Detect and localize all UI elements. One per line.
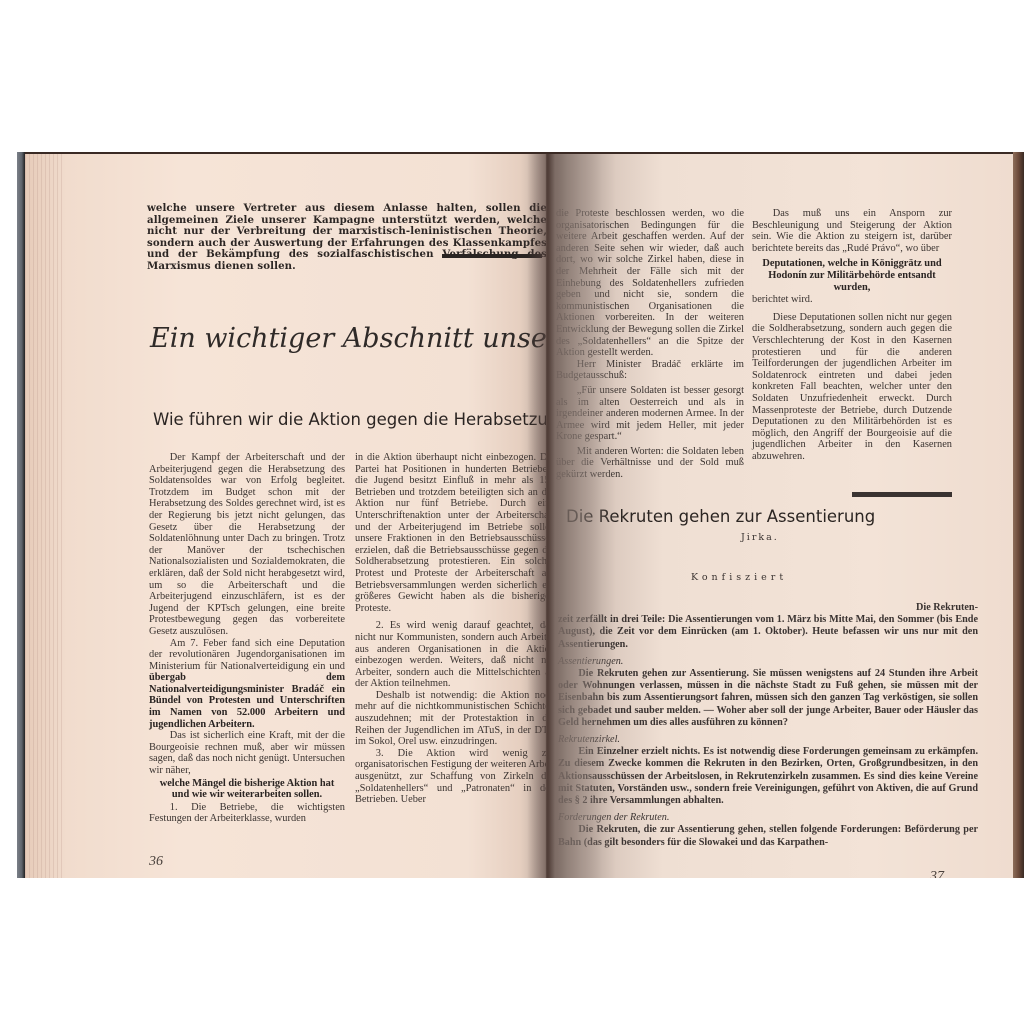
paragraph-text: Am 7. Feber fand sich eine Deputation de…	[149, 638, 345, 672]
paragraph: Diese Deputationen sollen nicht nur gege…	[752, 312, 952, 463]
paragraph: berichtet wird.	[752, 294, 952, 306]
paragraph: Herr Minister Bradáč erklärte im Budgeta…	[556, 359, 744, 382]
paragraph: 3. Die Aktion wird wenig zur organisator…	[355, 748, 546, 806]
paragraph: in die Aktion überhaupt nicht einbezogen…	[355, 452, 546, 614]
section-divider	[852, 492, 952, 497]
paragraph: zeit zerfällt in drei Teile: Die Assenti…	[558, 614, 978, 651]
paragraph: Die Rekruten gehen zur Assentierung. Sie…	[558, 668, 978, 729]
page-right: die Proteste beschlossen werden, wo die …	[546, 154, 1013, 878]
bold-text: übergab dem Nationalverteidigungsministe…	[149, 672, 345, 729]
page-number: 37	[930, 869, 944, 878]
paragraph: Die Rekruten, die zur Assentierung gehen…	[558, 824, 978, 848]
section-heading: Assentierungen.	[558, 656, 978, 668]
section-divider	[442, 254, 542, 258]
highlighted-text: welche Mängel die bisherige Aktion hat u…	[155, 778, 339, 801]
page-number: 36	[149, 854, 163, 870]
article-body: Die Rekruten- zeit zerfällt in drei Teil…	[558, 602, 978, 849]
left-column-2: in die Aktion überhaupt nicht einbezogen…	[355, 452, 546, 806]
article-title: Die Rekruten gehen zur Assentierung	[566, 507, 875, 526]
open-book: welche unsere Vertreter aus diesem Anlas…	[17, 152, 1024, 878]
page-left: welche unsere Vertreter aus diesem Anlas…	[25, 154, 546, 878]
article-subtitle: Wie führen wir die Aktion gegen die Hera…	[153, 409, 546, 431]
paragraph: 1. Die Betriebe, die wichtigsten Festung…	[149, 802, 345, 825]
quote: „Für unsere Soldaten ist besser gesorgt …	[556, 385, 744, 443]
article-author: Jirka.	[741, 532, 779, 543]
paragraph: 2. Es wird wenig darauf geachtet, daß ni…	[355, 620, 546, 690]
paragraph: die Proteste beschlossen werden, wo die …	[556, 208, 744, 359]
paragraph: Deshalb ist notwendig: die Aktion noch m…	[355, 690, 546, 748]
censorship-notice: Konfisziert	[691, 572, 787, 583]
paragraph: Mit anderen Worten: die Soldaten leben ü…	[556, 446, 744, 481]
intro-paragraph: welche unsere Vertreter aus diesem Anlas…	[147, 203, 546, 273]
article-title: Ein wichtiger Abschnitt unserer Arbeit	[150, 324, 546, 354]
paragraph: Die Rekruten-	[558, 602, 978, 614]
paragraph: Das ist sicherlich eine Kraft, mit der d…	[149, 730, 345, 776]
right-column-1: die Proteste beschlossen werden, wo die …	[556, 208, 744, 481]
paragraph: Ein Einzelner erzielt nichts. Es ist not…	[558, 746, 978, 807]
right-column-2: Das muß uns ein Ansporn zur Beschleunigu…	[752, 208, 952, 462]
book-edge-right	[1013, 152, 1024, 878]
book-edge-left	[17, 152, 25, 878]
section-heading: Rekrutenzirkel.	[558, 734, 978, 746]
highlighted-text: Deputationen, welche in Königgrätz und H…	[758, 258, 946, 293]
section-heading: Forderungen der Rekruten.	[558, 812, 978, 824]
paragraph: Das muß uns ein Ansporn zur Beschleunigu…	[752, 208, 952, 254]
left-column-1: Der Kampf der Arbeiterschaft und der Arb…	[149, 452, 345, 825]
paragraph: Am 7. Feber fand sich eine Deputation de…	[149, 638, 345, 731]
paragraph: Der Kampf der Arbeiterschaft und der Arb…	[149, 452, 345, 638]
